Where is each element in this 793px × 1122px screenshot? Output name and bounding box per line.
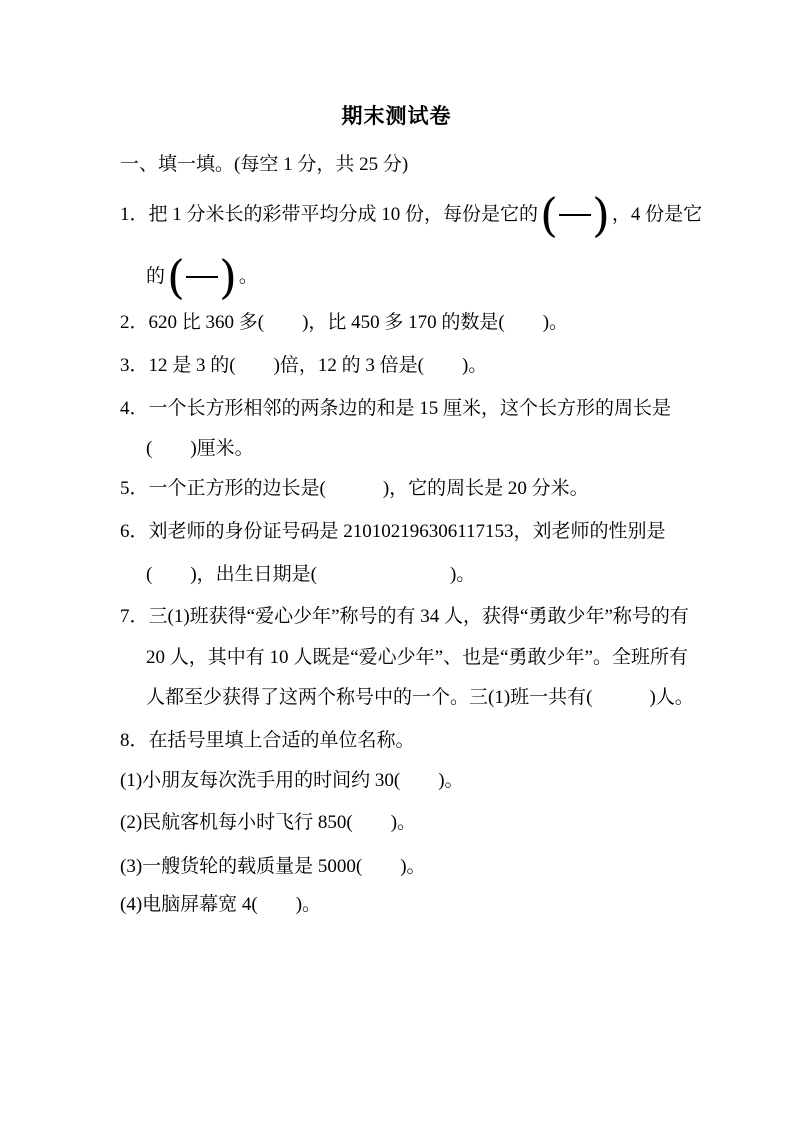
fraction-line: [186, 276, 218, 278]
fraction-line: [559, 214, 591, 216]
question-1-text-1: 1．把 1 分米长的彩带平均分成 10 份，每份是它的: [120, 202, 538, 228]
right-paren: ): [592, 186, 610, 244]
question-8-sub-item-2: (2)民航客机每小时飞行 850( )。: [120, 810, 416, 836]
question-7-line-1: 7．三(1)班获得“爱心少年”称号的有 34 人，获得“勇敢少年”称号的有: [120, 604, 689, 630]
question-7-line-3: 人都至少获得了这两个称号中的一个。三(1)班一共有( )人。: [146, 685, 694, 711]
question-4-line-2: ( )厘米。: [146, 436, 254, 462]
fraction-blank: ( ): [540, 186, 610, 244]
question-1-text-3: 的: [146, 264, 165, 290]
question-6-line-2: ( )，出生日期是( )。: [146, 562, 475, 588]
question-4-line-1: 4．一个长方形相邻的两条边的和是 15 厘米，这个长方形的周长是: [120, 396, 671, 422]
question-1-line-2: 的 ( ) 。: [146, 248, 258, 306]
question-8-sub-item-4: (4)电脑屏幕宽 4( )。: [120, 892, 321, 918]
test-paper-page: 期末测试卷 一、填一填。(每空 1 分，共 25 分) 1．把 1 分米长的彩带…: [0, 0, 793, 1122]
left-paren: (: [167, 248, 185, 306]
left-paren: (: [540, 186, 558, 244]
question-1-text-4: 。: [239, 264, 258, 290]
question-7-line-2: 20 人，其中有 10 人既是“爱心少年”、也是“勇敢少年”。全班所有: [146, 645, 688, 671]
fraction-blank: ( ): [167, 248, 237, 306]
question-5: 5．一个正方形的边长是( )，它的周长是 20 分米。: [120, 476, 589, 502]
question-8-heading: 8．在括号里填上合适的单位名称。: [120, 728, 415, 754]
question-1-line-1: 1．把 1 分米长的彩带平均分成 10 份，每份是它的 ( ) ，4 份是它: [120, 186, 702, 244]
right-paren: ): [219, 248, 237, 306]
question-8-sub-item-3: (3)一艘货轮的载质量是 5000( )。: [120, 854, 426, 880]
section-heading: 一、填一填。(每空 1 分，共 25 分): [120, 152, 408, 178]
question-8-sub-item-1: (1)小朋友每次洗手用的时间约 30( )。: [120, 768, 464, 794]
question-2: 2．620 比 360 多( )，比 450 多 170 的数是( )。: [120, 310, 568, 336]
question-3: 3．12 是 3 的( )倍，12 的 3 倍是( )。: [120, 353, 487, 379]
page-title: 期末测试卷: [0, 100, 793, 130]
question-1-text-2: ，4 份是它: [612, 202, 702, 228]
question-6-line-1: 6．刘老师的身份证号码是 210102196306117153，刘老师的性别是: [120, 519, 666, 545]
